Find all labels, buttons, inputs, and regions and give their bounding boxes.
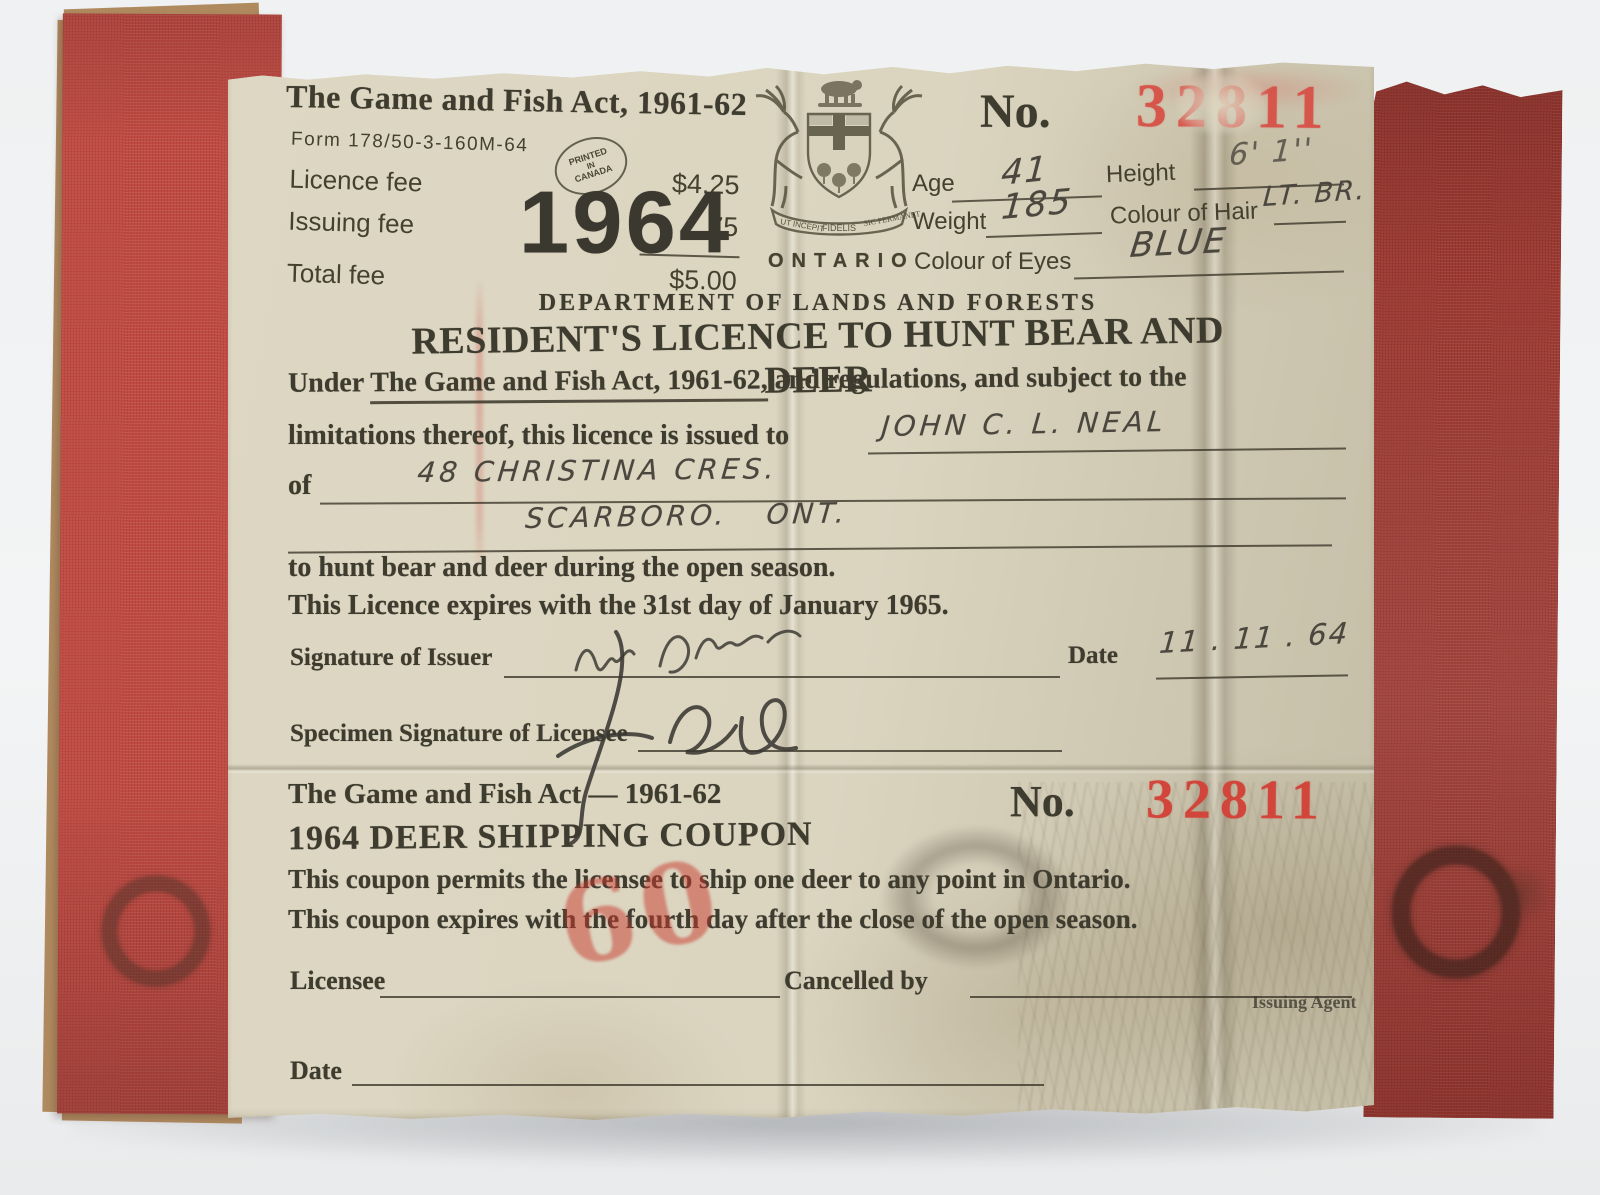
licensee-signature xyxy=(520,614,860,849)
fee-table: Licence fee $4.25 Issuing fee .75 Total … xyxy=(290,158,742,171)
issuer-date-rule xyxy=(1156,674,1348,679)
hair-rule xyxy=(1274,221,1346,226)
issued-to-line: limitations thereof, this licence is iss… xyxy=(288,420,789,452)
cancelled-by-label: Cancelled by xyxy=(784,966,928,996)
eyes-label: Colour of Eyes xyxy=(914,248,1071,276)
height-value: 6' 1'' xyxy=(1228,132,1315,173)
season-line: to hunt bear and deer during the open se… xyxy=(288,552,835,584)
coupon-no-label: No. xyxy=(1010,776,1075,827)
weight-rule xyxy=(986,232,1102,238)
coupon-number: 32811 xyxy=(1146,767,1328,832)
coupon-title: 1964 DEER SHIPPING COUPON xyxy=(288,816,813,859)
weight-label: Weight xyxy=(912,208,986,236)
address-line1-value: 48 CHRISTINA CRES. xyxy=(416,452,779,489)
address-line2-value: SCARBORO. ONT. xyxy=(524,496,850,535)
moose-supporter xyxy=(756,86,802,208)
year-1964: 1964 xyxy=(519,173,732,274)
wrinkled-area xyxy=(1018,782,1374,1120)
of-label: of xyxy=(288,470,311,502)
bear-crest xyxy=(818,80,862,107)
faded-round-stamp-smudge xyxy=(876,822,1076,972)
motto-center: FIDELIS xyxy=(822,223,856,233)
licence-fee-label: Licence fee xyxy=(289,164,423,199)
eyes-rule xyxy=(1074,270,1344,279)
photo-of-hunting-licence: { "header": { "act_title": "The Game and… xyxy=(0,0,1600,1195)
coupon-act-title: The Game and Fish Act — 1961-62 xyxy=(288,778,721,811)
under-act-underlined: The Game and Fish Act, 1961-62, xyxy=(370,364,768,404)
coupon-date-label: Date xyxy=(290,1056,342,1086)
licensee-name-value: JOHN C. L. NEAL xyxy=(880,405,1168,443)
licence-no-label: No. xyxy=(980,84,1051,139)
issuer-label: Signature of Issuer xyxy=(290,644,492,672)
age-label: Age xyxy=(912,170,955,198)
coupon-licensee-label: Licensee xyxy=(290,966,385,996)
eyes-value: BLUE xyxy=(1128,221,1229,266)
licence-paper: The Game and Fish Act, 1961-62 Form 178/… xyxy=(228,52,1374,1120)
act-title: The Game and Fish Act, 1961-62 xyxy=(286,78,748,123)
red-60-stamp: 60 xyxy=(546,832,734,993)
issuer-date-value: 11 . 11 . 64 xyxy=(1158,616,1351,660)
weight-value: 185 xyxy=(1000,181,1074,228)
issuing-agent-label: Issuing Agent xyxy=(1252,992,1357,1013)
coupon-date-rule xyxy=(352,1084,1044,1086)
issuer-date-label: Date xyxy=(1068,642,1118,670)
total-fee-label: Total fee xyxy=(286,258,385,292)
under-pre: Under xyxy=(288,367,370,399)
height-label: Height xyxy=(1106,159,1176,189)
eyelet-ring-left xyxy=(102,876,210,986)
ontario-label: ONTARIO xyxy=(768,250,915,273)
number-fade-blot xyxy=(1176,74,1266,134)
eyelet-smudge-right xyxy=(1490,862,1548,926)
issuing-fee-label: Issuing fee xyxy=(288,206,415,240)
coupon-licensee-rule xyxy=(380,996,780,998)
under-post: and regulations, and subject to the xyxy=(768,361,1187,395)
form-number: Form 178/50-3-160M-64 xyxy=(291,129,529,158)
name-rule xyxy=(868,447,1346,454)
hair-value: LT. BR. xyxy=(1262,175,1367,213)
